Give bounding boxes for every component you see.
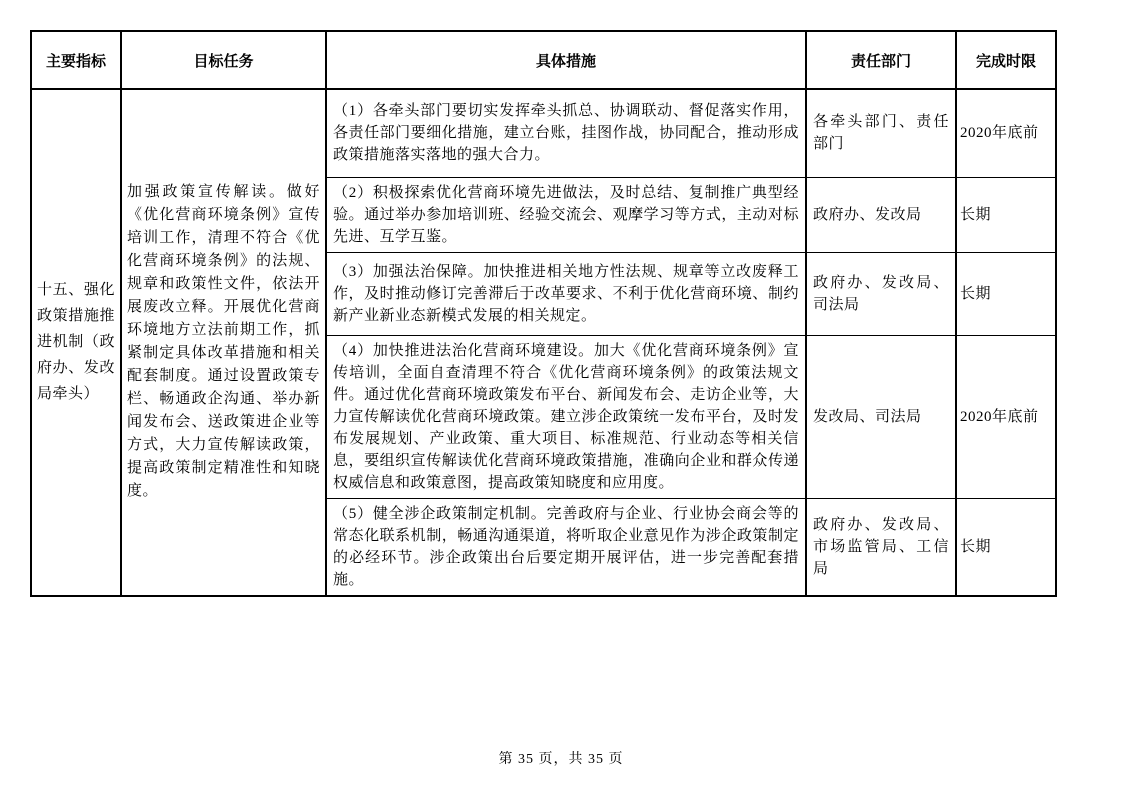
department-cell-1: 各牵头部门、责任部门	[806, 89, 956, 177]
measure-cell-5: （5）健全涉企政策制定机制。完善政府与企业、行业协会商会等的常态化联系机制，畅通…	[326, 498, 806, 596]
measure-cell-2: （2）积极探索优化营商环境先进做法，及时总结、复制推广典型经验。通过举办参加培训…	[326, 177, 806, 252]
measure-cell-3: （3）加强法治保障。加快推进相关地方性法规、规章等立改废释工作，及时推动修订完善…	[326, 252, 806, 335]
measure-cell-1: （1）各牵头部门要切实发挥牵头抓总、协调联动、督促落实作用，各责任部门要细化措施…	[326, 89, 806, 177]
deadline-cell-4: 2020年底前	[956, 335, 1056, 498]
department-cell-5: 政府办、发改局、市场监管局、工信局	[806, 498, 956, 596]
header-deadline: 完成时限	[956, 31, 1056, 89]
header-target-task: 目标任务	[121, 31, 326, 89]
deadline-cell-5: 长期	[956, 498, 1056, 596]
page-number: 第 35 页，共 35 页	[0, 748, 1122, 768]
table-header-row: 主要指标 目标任务 具体措施 责任部门 完成时限	[31, 31, 1056, 89]
measures-table: 主要指标 目标任务 具体措施 责任部门 完成时限 十五、强化政策措施推进机制（政…	[30, 30, 1057, 597]
deadline-cell-3: 长期	[956, 252, 1056, 335]
measure-cell-4: （4）加快推进法治化营商环境建设。加大《优化营商环境条例》宣传培训，全面自查清理…	[326, 335, 806, 498]
table-row: 十五、强化政策措施推进机制（政府办、发改局牵头） 加强政策宣传解读。做好《优化营…	[31, 89, 1056, 177]
deadline-cell-1: 2020年底前	[956, 89, 1056, 177]
department-cell-4: 发改局、司法局	[806, 335, 956, 498]
department-cell-3: 政府办、发改局、司法局	[806, 252, 956, 335]
header-main-indicator: 主要指标	[31, 31, 121, 89]
header-responsible-department: 责任部门	[806, 31, 956, 89]
header-specific-measures: 具体措施	[326, 31, 806, 89]
task-cell: 加强政策宣传解读。做好《优化营商环境条例》宣传培训工作，清理不符合《优化营商环境…	[121, 89, 326, 596]
indicator-cell: 十五、强化政策措施推进机制（政府办、发改局牵头）	[31, 89, 121, 596]
deadline-cell-2: 长期	[956, 177, 1056, 252]
department-cell-2: 政府办、发改局	[806, 177, 956, 252]
